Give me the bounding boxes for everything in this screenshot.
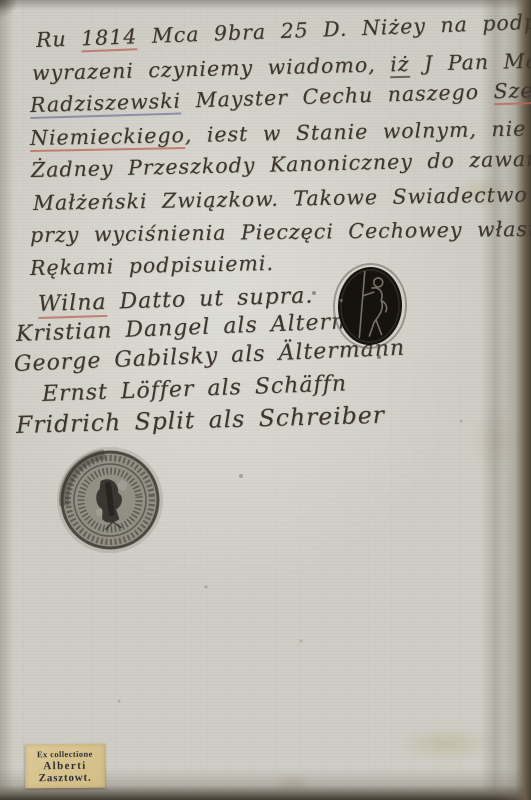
document-page: Ru 1814 Mca 9bra 25 D. Niżey na podpisie… (0, 0, 531, 800)
manuscript-body: Ru 1814 Mca 9bra 25 D. Niżey na podpisie… (30, 24, 516, 284)
collection-label-line3: Zasztowt. (27, 772, 103, 785)
ink-specks (0, 0, 2, 2)
guild-ink-stamp-icon (47, 437, 172, 564)
collection-label: Ex collectione Alberti Zasztowt. (25, 744, 105, 789)
black-wax-seal-icon (330, 259, 411, 353)
signature-block: Wilna Datto ut supra.Kristian Dangel als… (16, 290, 376, 440)
collection-label-line2: Alberti (27, 760, 103, 773)
collection-label-line1: Ex collectione (27, 749, 103, 760)
